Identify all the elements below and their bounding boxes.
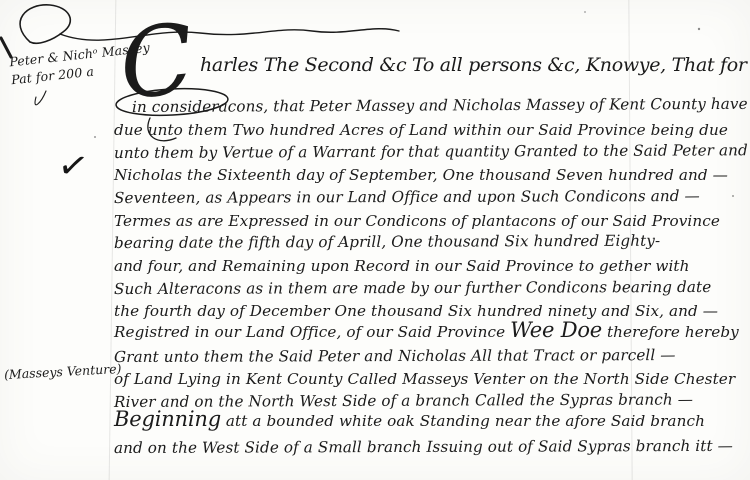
line-segment: and on the West Side of a Small branch I… xyxy=(114,437,733,457)
line-segment: Seventeen, as Appears in our Land Office… xyxy=(114,187,700,207)
manuscript-line: in consideracons, that Peter Massey and … xyxy=(132,90,750,117)
pen-flourish-tail-icon xyxy=(60,29,399,40)
manuscript-line: Such Alteracons as in them are made by o… xyxy=(114,273,711,299)
paper-speck xyxy=(584,11,586,13)
line-segment-large: Wee Doe xyxy=(510,318,602,342)
paper-speck xyxy=(94,136,96,138)
manuscript-line: harles The Second &c To all persons &c, … xyxy=(200,52,750,76)
line-segment: Registred in our Land Office, of our Sai… xyxy=(114,323,510,341)
paper-speck xyxy=(732,195,734,197)
margin-descender-stroke xyxy=(35,91,46,105)
checkmark-icon: ✓ xyxy=(55,144,92,190)
line-segment: harles The Second &c To all persons &c, … xyxy=(200,54,750,76)
line-segment: bearing date the fifth day of Aprill, On… xyxy=(114,232,660,252)
line-segment-large: Beginning xyxy=(114,407,221,431)
manuscript-line: bearing date the fifth day of Aprill, On… xyxy=(114,227,660,253)
line-segment: therefore hereby xyxy=(602,323,739,341)
line-segment: att a bounded white oak Standing near th… xyxy=(221,412,705,430)
line-segment: unto them by Vertue of a Warrant for tha… xyxy=(114,141,748,162)
paper-speck xyxy=(698,28,700,30)
line-segment: in consideracons, that Peter Massey and … xyxy=(132,95,750,116)
manuscript-line: unto them by Vertue of a Warrant for tha… xyxy=(114,136,748,163)
pen-flourish-loop-icon xyxy=(20,5,70,43)
manuscript-line: Registred in our Land Office, of our Sai… xyxy=(114,318,739,342)
line-segment: Grant unto them the Said Peter and Nicho… xyxy=(114,346,676,366)
manuscript-page: Peter & Nichᵒ Massey Pat for 200 a ✓ (Ma… xyxy=(0,0,750,480)
manuscript-line: Beginning att a bounded white oak Standi… xyxy=(114,407,705,431)
manuscript-line: Grant unto them the Said Peter and Nicho… xyxy=(114,341,676,367)
margin-note-tract: (Masseys Venture) xyxy=(4,361,122,382)
manuscript-line: Seventeen, as Appears in our Land Office… xyxy=(114,182,700,208)
manuscript-line: and on the West Side of a Small branch I… xyxy=(114,432,733,458)
line-segment: Such Alteracons as in them are made by o… xyxy=(114,278,711,298)
